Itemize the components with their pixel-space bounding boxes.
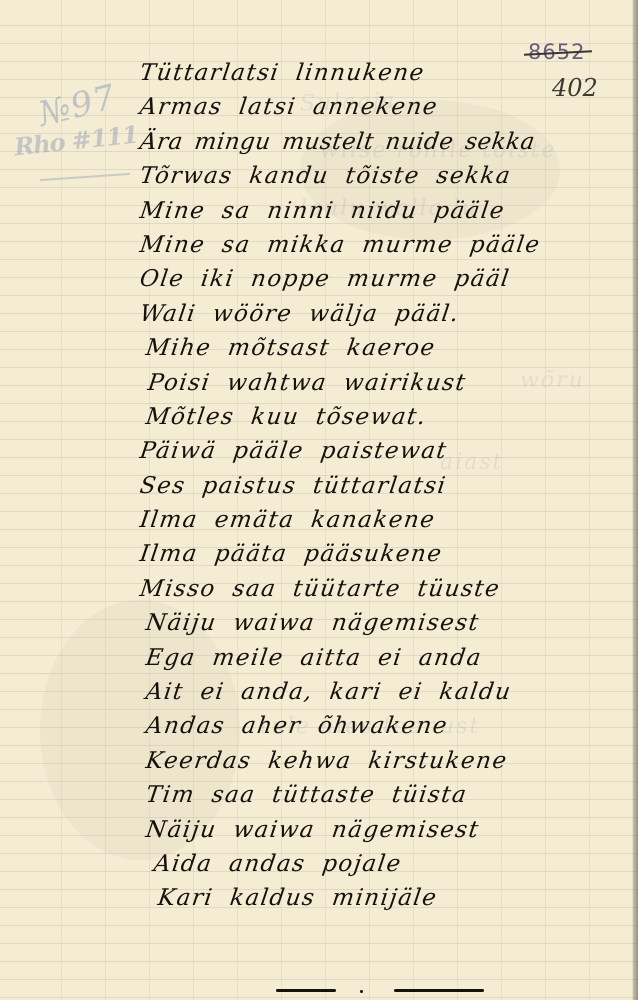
- poem-line: Päiwä pääle paistewat: [138, 434, 638, 468]
- poem-line: Ole iki noppe murme pääl: [138, 262, 638, 296]
- poem-line: Tim saa tüttaste tüista: [138, 778, 638, 812]
- poem-line: Wali wööre wälja pääl.: [138, 297, 638, 331]
- poem-line: Misso saa tüütarte tüuste: [138, 572, 638, 606]
- poem-line: Ega meile aitta ei anda: [138, 641, 638, 675]
- underline-mark: [394, 989, 484, 992]
- poem-line: Ilma pääta pääsukene: [138, 537, 638, 571]
- poem-line: Aida andas pojale: [138, 847, 638, 881]
- poem-line: Armas latsi annekene: [138, 90, 638, 124]
- poem-line: Mine sa ninni niidu pääle: [138, 194, 638, 228]
- pencil-underline: [40, 173, 130, 181]
- poem-line: Ära mingu mustelt nuide sekka: [138, 125, 638, 159]
- poem-line: Tüttarlatsi linnukene: [138, 56, 638, 90]
- poem-line: Näiju waiwa nägemisest: [138, 606, 638, 640]
- poem-line: Mine sa mikka murme pääle: [138, 228, 638, 262]
- manuscript-page: Sulaaja wiise rohile tõiste laulu walla …: [0, 0, 638, 1000]
- underline-mark: [276, 989, 336, 992]
- poem-line: Tõrwas kandu tõiste sekka: [138, 159, 638, 193]
- poem-line: Andas aher õhwakene: [138, 709, 638, 743]
- ink-dot: [360, 990, 363, 993]
- poem-line: Ait ei anda, kari ei kaldu: [138, 675, 638, 709]
- pencil-reference-note: Rho #111: [13, 120, 139, 162]
- poem-text: Tüttarlatsi linnukene Armas latsi anneke…: [140, 56, 635, 916]
- poem-line: Mihe mõtsast kaeroe: [138, 331, 638, 365]
- poem-line: Kari kaldus minijäle: [138, 881, 638, 915]
- poem-line: Mõtles kuu tõsewat.: [138, 400, 638, 434]
- poem-line: Näiju waiwa nägemisest: [138, 813, 638, 847]
- poem-line: Poisi wahtwa wairikust: [138, 366, 638, 400]
- poem-line: Keerdas kehwa kirstukene: [138, 744, 638, 778]
- poem-line: Ilma emäta kanakene: [138, 503, 638, 537]
- poem-line: Ses paistus tüttarlatsi: [138, 469, 638, 503]
